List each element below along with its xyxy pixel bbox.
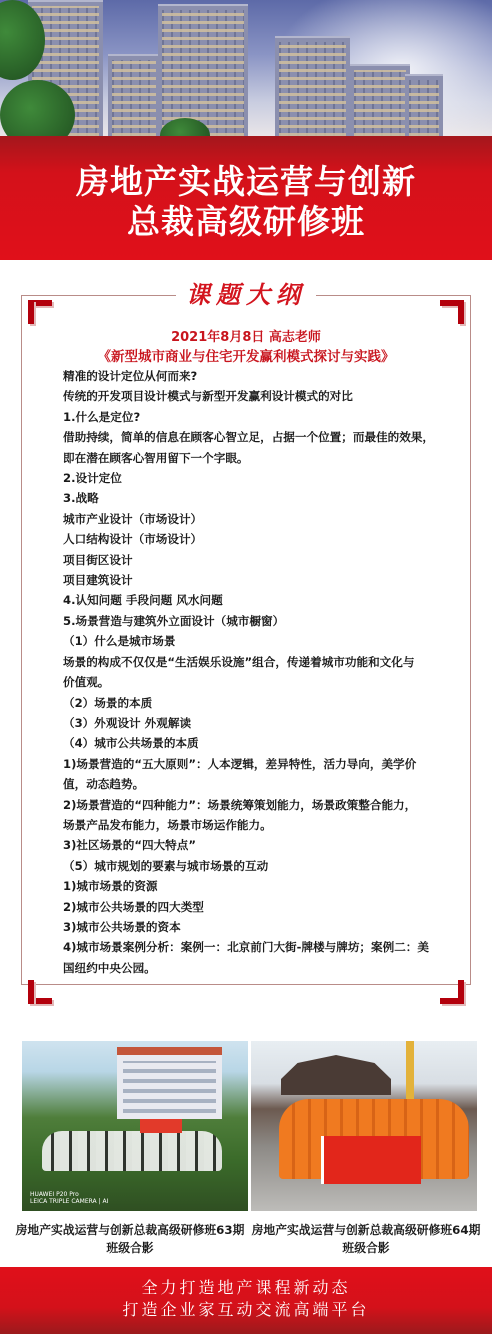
course-title-line1: 房地产实战运营与创新 (0, 162, 492, 202)
outline-item: 精准的设计定位从何而来? (63, 366, 451, 386)
red-banner (140, 1119, 182, 1133)
outline-item: 1)城市场景的资源 (63, 876, 451, 896)
slogan-line1: 全力打造地产课程新动态 (0, 1277, 492, 1299)
outline-item: （4）城市公共场景的本质 (63, 733, 451, 753)
outline-item: 1.什么是定位? (63, 407, 451, 427)
outline-item: 3.战略 (63, 488, 451, 508)
camera-watermark: HUAWEI P20 Pro LEICA TRIPLE CAMERA | AI (30, 1191, 108, 1205)
outline-heading: 课题大纲 (0, 275, 492, 310)
outline-item: 人口结构设计（市场设计） (63, 529, 451, 549)
building (350, 64, 410, 136)
corner-bracket-bottom-right (440, 980, 464, 1004)
outline-item: 4)城市场景案例分析：案例一：北京前门大街-牌楼与牌坊；案例二：美 (63, 937, 451, 957)
outline-item: 2)城市公共场景的四大类型 (63, 897, 451, 917)
class-photo-64 (251, 1041, 477, 1211)
building (405, 74, 443, 136)
outline-item: 值，动态趋势。 (63, 774, 451, 794)
outline-item: 4.认知问题 手段问题 风水问题 (63, 590, 451, 610)
outline-heading-text: 课题大纲 (176, 275, 316, 310)
date-teacher: 2021年8月8日 高志老师 (0, 326, 492, 345)
outline-item: 3)城市公共场景的资本 (63, 917, 451, 937)
footer-slogan-banner: 全力打造地产课程新动态 打造企业家互动交流高端平台 (0, 1267, 492, 1334)
outline-item: 场景的构成不仅仅是“生活娱乐设施”组合，传递着城市功能和文化与 (63, 652, 451, 672)
outline-item: 场景产品发布能力，场景市场运作能力。 (63, 815, 451, 835)
outline-item: 项目建筑设计 (63, 570, 451, 590)
outline-item: 3)社区场景的“四大特点” (63, 835, 451, 855)
group-of-students (42, 1131, 222, 1171)
outline-item: 2.设计定位 (63, 468, 451, 488)
outline-item: 城市产业设计（市场设计） (63, 509, 451, 529)
corner-bracket-top-right (440, 300, 464, 324)
outline-item: 国纽约中央公园。 (63, 958, 451, 978)
corner-bracket-bottom-left (28, 980, 52, 1004)
campus-building (117, 1047, 222, 1119)
building (275, 36, 350, 136)
sign-pole (406, 1041, 414, 1101)
class-photo-63: HUAWEI P20 Pro LEICA TRIPLE CAMERA | AI (22, 1041, 248, 1211)
course-topic: 《新型城市商业与住宅开发赢利模式探讨与实践》 (0, 345, 492, 365)
red-banner (321, 1136, 421, 1184)
photo-caption-63: 房地产实战运营与创新总裁高级研修班63期 班级合影 (10, 1221, 250, 1257)
outline-item: （2）场景的本质 (63, 693, 451, 713)
outline-item: （3）外观设计 外观解读 (63, 713, 451, 733)
outline-item: 借助持续，简单的信息在顾客心智立足，占据一个位置；而最佳的效果， (63, 427, 451, 447)
outline-item: 1)场景营造的“五大原则”：人本逻辑，差异特性，活力导向，美学价 (63, 754, 451, 774)
hero-skyline-image (0, 0, 492, 136)
building (108, 54, 160, 136)
corner-bracket-top-left (28, 300, 52, 324)
course-title-line2: 总裁高级研修班 (0, 202, 492, 242)
slogan-line2: 打造企业家互动交流高端平台 (0, 1299, 492, 1321)
title-banner: 房地产实战运营与创新 总裁高级研修班 (0, 136, 492, 260)
pavilion-roof (281, 1055, 391, 1095)
outline-item: 传统的开发项目设计模式与新型开发赢利设计模式的对比 (63, 386, 451, 406)
building (158, 4, 248, 136)
outline-item: 5.场景营造与建筑外立面设计（城市橱窗） (63, 611, 451, 631)
outline-item: （5）城市规划的要素与城市场景的互动 (63, 856, 451, 876)
outline-item: 项目街区设计 (63, 550, 451, 570)
outline-list: 精准的设计定位从何而来? 传统的开发项目设计模式与新型开发赢利设计模式的对比 1… (63, 366, 451, 978)
photo-caption-64: 房地产实战运营与创新总裁高级研修班64期 班级合影 (246, 1221, 486, 1257)
outline-item: （1）什么是城市场景 (63, 631, 451, 651)
outline-item: 即在潜在顾客心智用留下一个字眼。 (63, 448, 451, 468)
outline-item: 价值观。 (63, 672, 451, 692)
outline-item: 2)场景营造的“四种能力”：场景统筹策划能力，场景政策整合能力， (63, 795, 451, 815)
